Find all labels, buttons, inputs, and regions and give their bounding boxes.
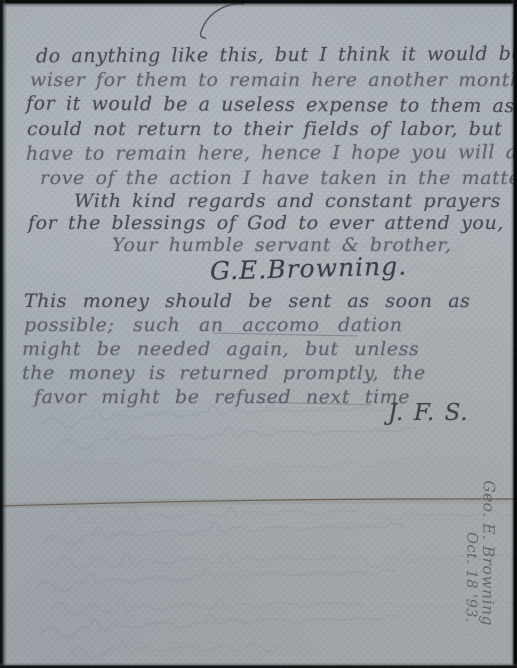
scanned-letter: do anything like this, but I think it wo… <box>0 0 517 668</box>
letter-line: rove of the action I have taken in the m… <box>40 167 517 189</box>
postscript-initials: J. F. S. <box>388 400 468 426</box>
letter-line: for it would be a useless expense to the… <box>26 93 517 118</box>
closing-line: With kind regards and constant prayers <box>74 190 501 212</box>
postscript-line: This money should be sent as soon as <box>24 290 470 312</box>
docket-name: Geo. E. Browning <box>478 480 498 668</box>
closing-line: for the blessings of God to ever attend … <box>28 212 517 234</box>
letter-line: could not return to their fields of labo… <box>27 118 517 140</box>
letter-line: have to remain here, hence I hope you wi… <box>26 141 517 165</box>
docket-date: Oct. 18 '93. <box>462 480 480 668</box>
postscript-line: possible; such an accomo dation <box>24 314 403 336</box>
postscript-line: might be needed again, but unless <box>22 338 419 360</box>
signature: G.E.Browning. <box>210 251 408 285</box>
letter-line: do anything like this, but I think it wo… <box>36 43 517 68</box>
postscript-line: favor might be refused next time <box>34 386 410 408</box>
postscript-line: the money is returned promptly, the <box>22 362 426 384</box>
docket: Geo. E. Browning Oct. 18 '93. <box>444 480 498 668</box>
letter-line: wiser for them to remain here another mo… <box>30 69 517 91</box>
